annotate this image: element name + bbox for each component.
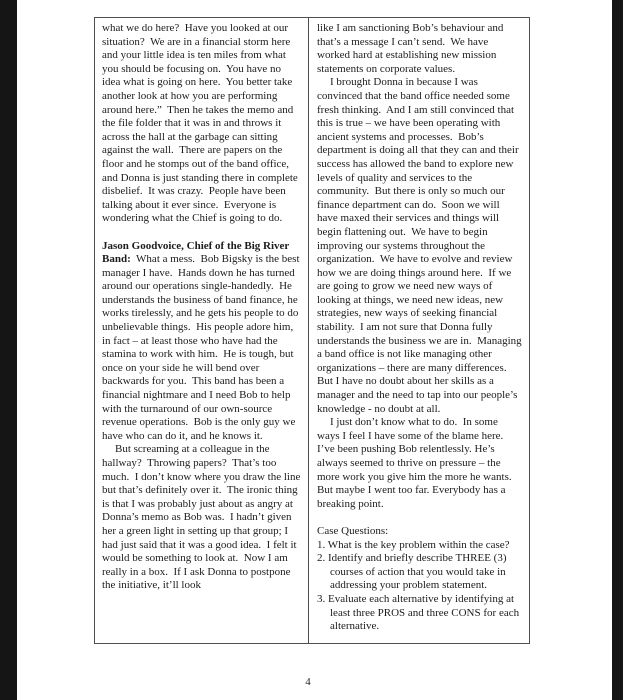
paragraph-continuation: what we do here? Have you looked at our … xyxy=(102,22,302,226)
case-question-item: 2. Identify and briefly describe THREE (… xyxy=(317,552,523,593)
paragraph: I just don’t know what to do. In some wa… xyxy=(317,416,523,511)
case-question-item: 3. Evaluate each alternative by identify… xyxy=(317,593,523,634)
speaker-text: What a mess. Bob Bigsky is the best mana… xyxy=(102,253,302,442)
left-column: what we do here? Have you looked at our … xyxy=(95,18,309,643)
paragraph: I brought Donna in because I was convinc… xyxy=(317,76,523,416)
right-column: like I am sanctioning Bob’s behaviour an… xyxy=(309,18,529,643)
page-number: 4 xyxy=(0,676,616,688)
case-questions-section: Case Questions: 1. What is the key probl… xyxy=(317,525,523,634)
case-questions-heading: Case Questions: xyxy=(317,525,523,539)
paragraph-continuation: like I am sanctioning Bob’s behaviour an… xyxy=(317,22,523,76)
document-page: what we do here? Have you looked at our … xyxy=(0,0,623,700)
paragraph: But screaming at a colleague in the hall… xyxy=(102,443,302,593)
case-question-item: 1. What is the key problem within the ca… xyxy=(317,539,523,553)
right-scan-edge-bar xyxy=(612,0,623,700)
case-text-box: what we do here? Have you looked at our … xyxy=(94,17,530,644)
left-scan-edge-bar xyxy=(0,0,17,700)
speaker-paragraph: Jason Goodvoice, Chief of the Big River … xyxy=(102,240,302,444)
